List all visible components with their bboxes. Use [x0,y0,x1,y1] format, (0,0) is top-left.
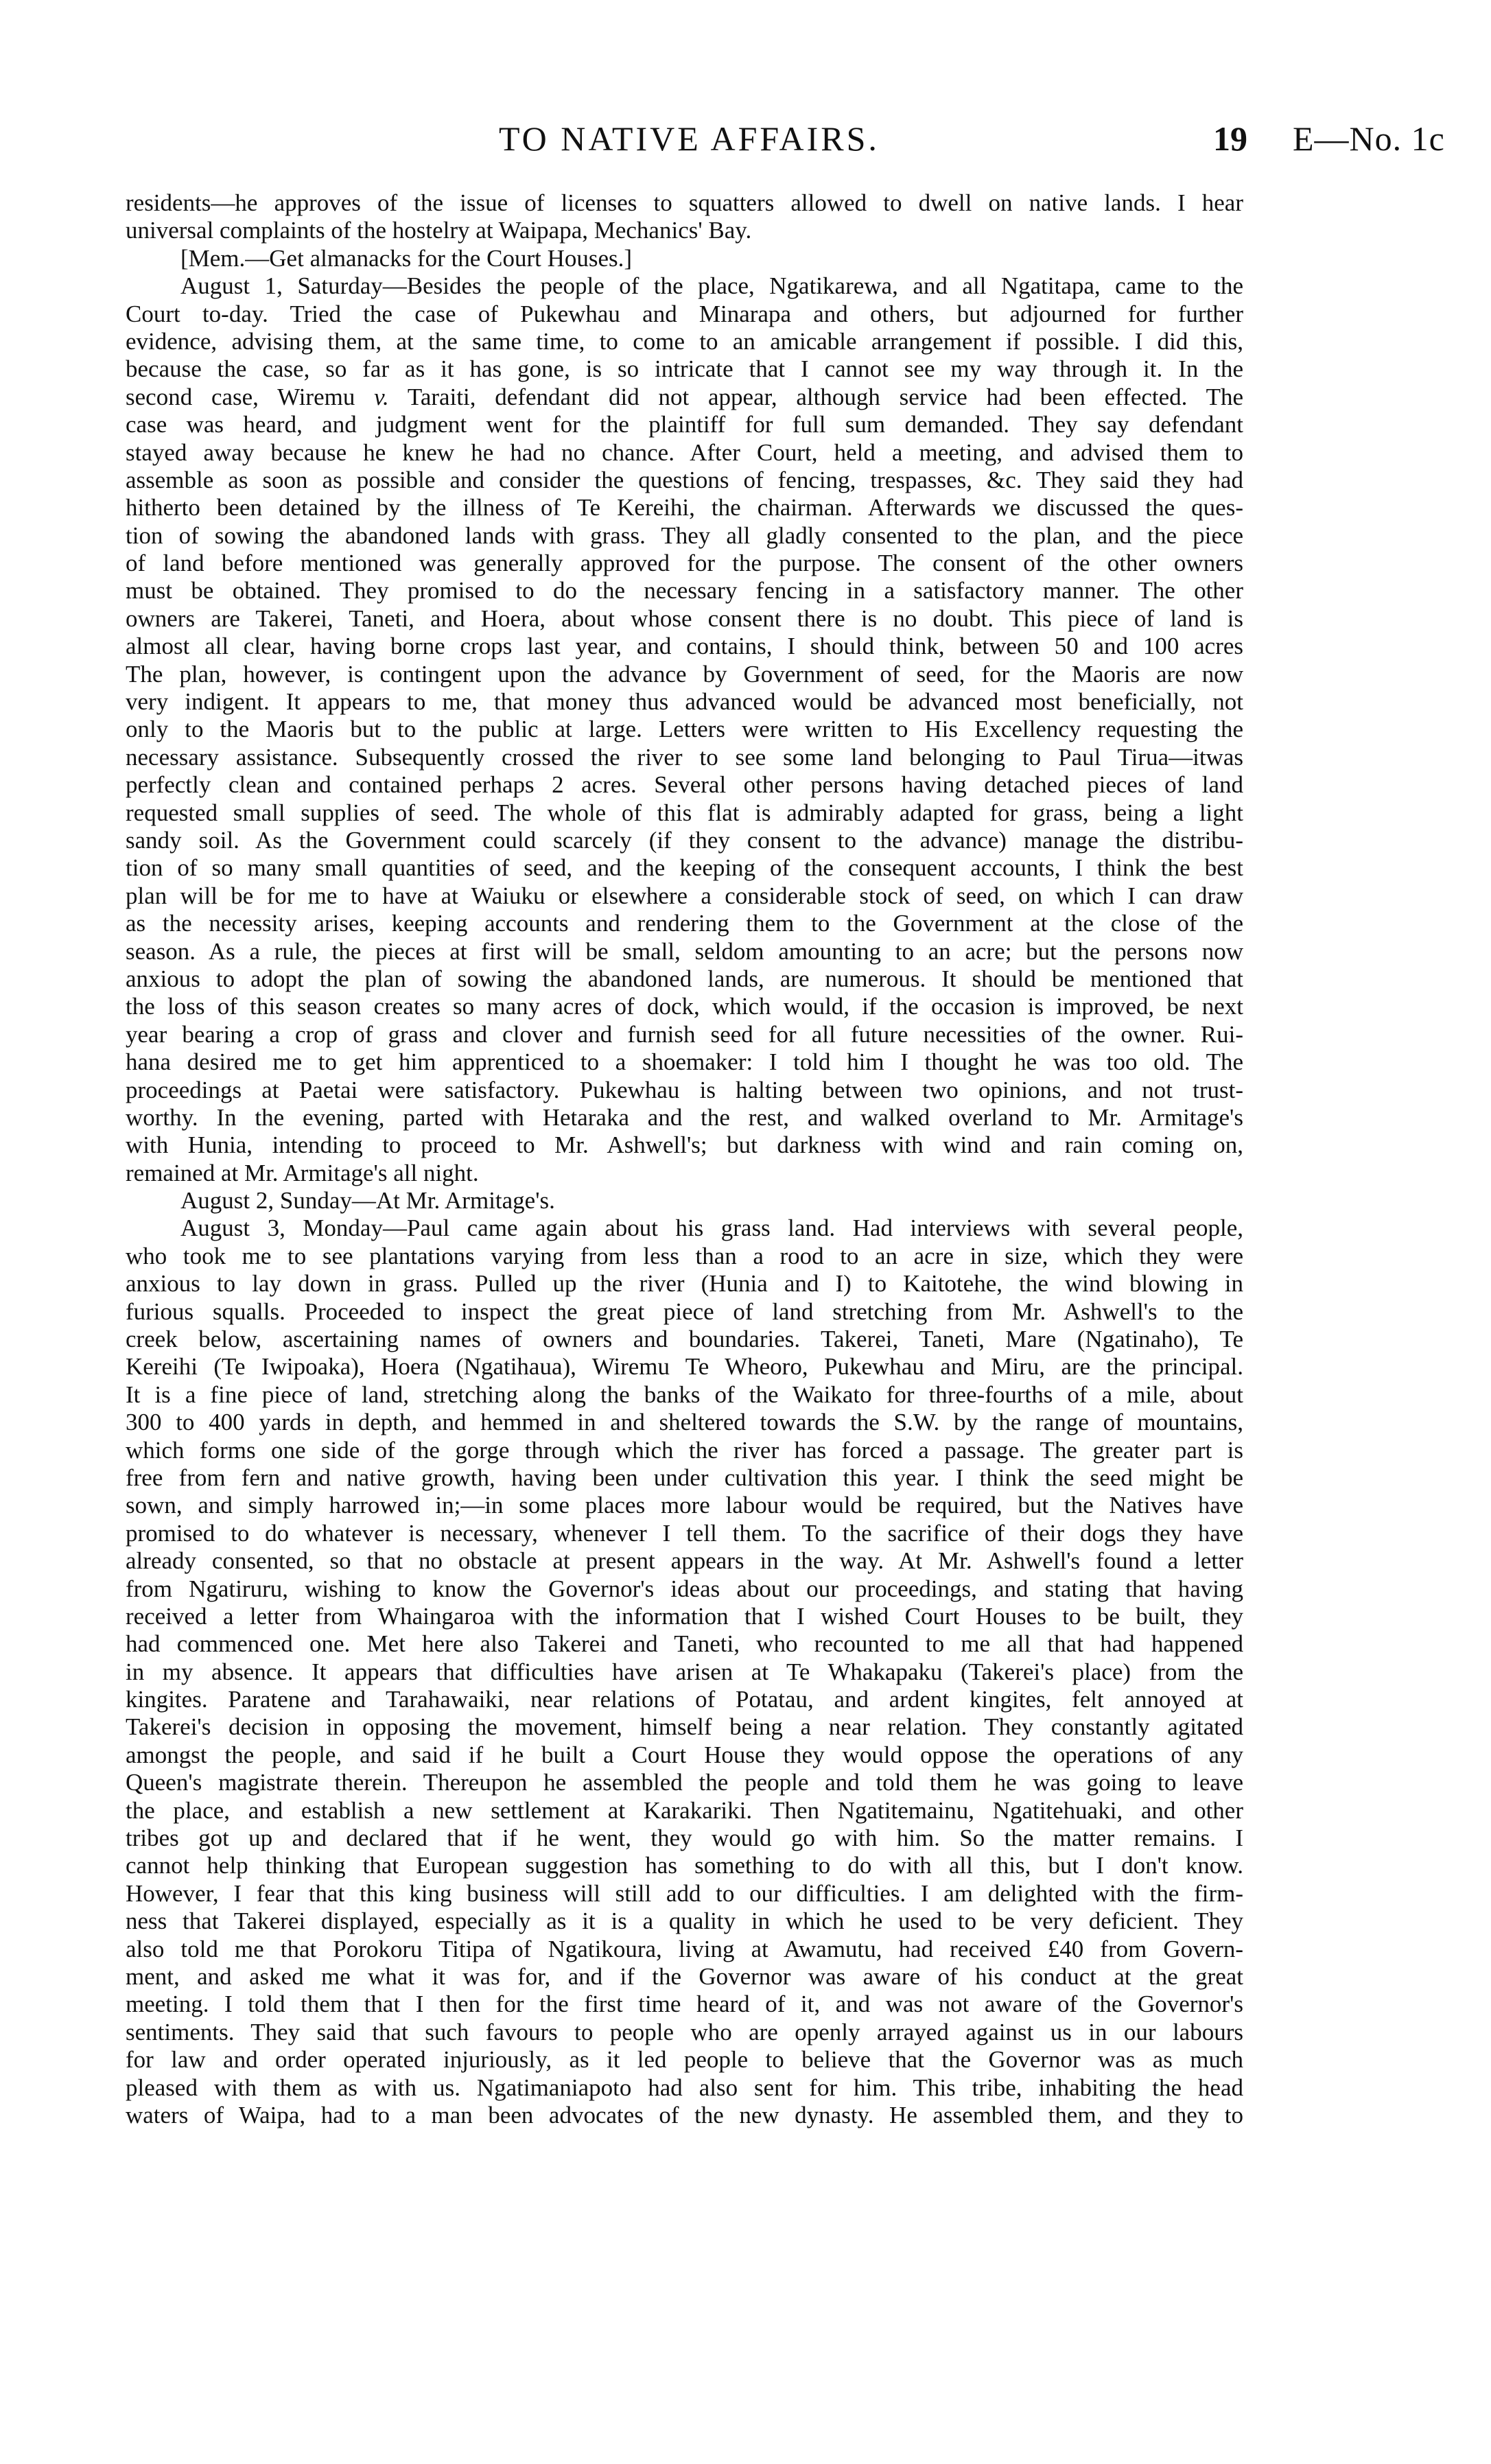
text-line: furious squalls. Proceeded to inspect th… [126,1298,1243,1326]
text-line: creek below, ascertaining names of owner… [126,1326,1243,1353]
text-line: Court to-day. Tried the case of Pukewhau… [126,301,1243,328]
text-line: year bearing a crop of grass and clover … [126,1021,1243,1048]
text-line: who took me to see plantations varying f… [126,1243,1243,1270]
text-line: remained at Mr. Armitage's all night. [126,1160,1243,1187]
text-line: pleased with them as with us. Ngatimania… [126,2074,1243,2102]
text-line: as the necessity arises, keeping account… [126,910,1243,937]
text-line: [Mem.—Get almanacks for the Court Houses… [126,245,1243,272]
text-line: 300 to 400 yards in depth, and hemmed in… [126,1409,1243,1436]
text-line: assemble as soon as possible and conside… [126,467,1243,494]
text-line: kingites. Paratene and Tarahawaiki, near… [126,1686,1243,1713]
text-line: plan will be for me to have at Waiuku or… [126,882,1243,910]
running-head-title: TO NATIVE AFFAIRS. [499,118,880,159]
text-line: promised to do whatever is necessary, wh… [126,1520,1243,1547]
text-line: residents—he approves of the issue of li… [126,189,1243,217]
text-line: only to the Maoris but to the public at … [126,716,1243,743]
page-number: 19 [1213,118,1247,159]
text-line: second case, Wiremu v. Taraiti, defendan… [126,384,1243,411]
text-line: case was heard, and judgment went for th… [126,411,1243,438]
text-line: evidence, advising them, at the same tim… [126,328,1243,355]
text-line: also told me that Porokoru Titipa of Nga… [126,1936,1243,1963]
text-line: almost all clear, having borne crops las… [126,633,1243,660]
text-line: tribes got up and declared that if he we… [126,1824,1243,1852]
text-line: for law and order operated injuriously, … [126,2046,1243,2074]
document-reference: E—No. 1c [1293,118,1445,159]
running-head: TO NATIVE AFFAIRS. 19 E—No. 1c [0,118,1491,159]
text-line: free from fern and native growth, having… [126,1464,1243,1492]
text-line: very indigent. It appears to me, that mo… [126,688,1243,716]
text-line: waters of Waipa, had to a man been advoc… [126,2102,1243,2129]
text-line: ment, and asked me what it was for, and … [126,1963,1243,1991]
text-line: with Hunia, intending to proceed to Mr. … [126,1131,1243,1159]
text-line: already consented, so that no obstacle a… [126,1547,1243,1575]
text-line: which forms one side of the gorge throug… [126,1437,1243,1464]
document-page: TO NATIVE AFFAIRS. 19 E—No. 1c residents… [0,0,1491,2464]
text-line: stayed away because he knew he had no ch… [126,439,1243,467]
text-line: amongst the people, and said if he built… [126,1741,1243,1769]
text-line: It is a fine piece of land, stretching a… [126,1381,1243,1409]
text-line: sown, and simply harrowed in;—in some pl… [126,1492,1243,1519]
text-line: because the case, so far as it has gone,… [126,355,1243,383]
text-line: requested small supplies of seed. The wh… [126,799,1243,827]
text-line: Takerei's decision in opposing the movem… [126,1713,1243,1741]
text-line: However, I fear that this king business … [126,1880,1243,1908]
text-line: perfectly clean and contained perhaps 2 … [126,771,1243,799]
text-line: anxious to adopt the plan of sowing the … [126,965,1243,993]
text-line: received a letter from Whaingaroa with t… [126,1603,1243,1630]
text-line: tion of so many small quantities of seed… [126,854,1243,882]
text-line: The plan, however, is contingent upon th… [126,661,1243,688]
text-line: cannot help thinking that European sugge… [126,1852,1243,1879]
text-line: proceedings at Paetai were satisfactory.… [126,1077,1243,1104]
text-line: must be obtained. They promised to do th… [126,577,1243,605]
text-line: ness that Takerei displayed, especially … [126,1908,1243,1935]
text-line: universal complaints of the hostelry at … [126,217,1243,244]
text-line: owners are Takerei, Taneti, and Hoera, a… [126,605,1243,633]
text-line: had commenced one. Met here also Takerei… [126,1630,1243,1658]
text-line: Queen's magistrate therein. Thereupon he… [126,1769,1243,1796]
text-line: in my absence. It appears that difficult… [126,1658,1243,1686]
text-line: anxious to lay down in grass. Pulled up … [126,1270,1243,1298]
text-line: August 2, Sunday—At Mr. Armitage's. [126,1187,1243,1215]
text-line: tion of sowing the abandoned lands with … [126,522,1243,550]
text-line: hana desired me to get him apprenticed t… [126,1048,1243,1076]
text-line: August 1, Saturday—Besides the people of… [126,272,1243,300]
text-line: the place, and establish a new settlemen… [126,1797,1243,1824]
text-line: of land before mentioned was generally a… [126,550,1243,577]
text-line: August 3, Monday—Paul came again about h… [126,1215,1243,1242]
text-line: Kereihi (Te Iwipoaka), Hoera (Ngatihaua)… [126,1353,1243,1381]
body-text: residents—he approves of the issue of li… [126,189,1243,2129]
text-line: sentiments. They said that such favours … [126,2019,1243,2046]
text-line: meeting. I told them that I then for the… [126,1991,1243,2018]
text-line: necessary assistance. Subsequently cross… [126,744,1243,771]
text-line: from Ngatiruru, wishing to know the Gove… [126,1575,1243,1603]
text-line: hitherto been detained by the illness of… [126,494,1243,521]
text-line: the loss of this season creates so many … [126,993,1243,1020]
italic-abbreviation: v. [374,384,389,410]
text-line: season. As a rule, the pieces at first w… [126,938,1243,965]
text-line: worthy. In the evening, parted with Heta… [126,1104,1243,1131]
text-line: sandy soil. As the Government could scar… [126,827,1243,854]
